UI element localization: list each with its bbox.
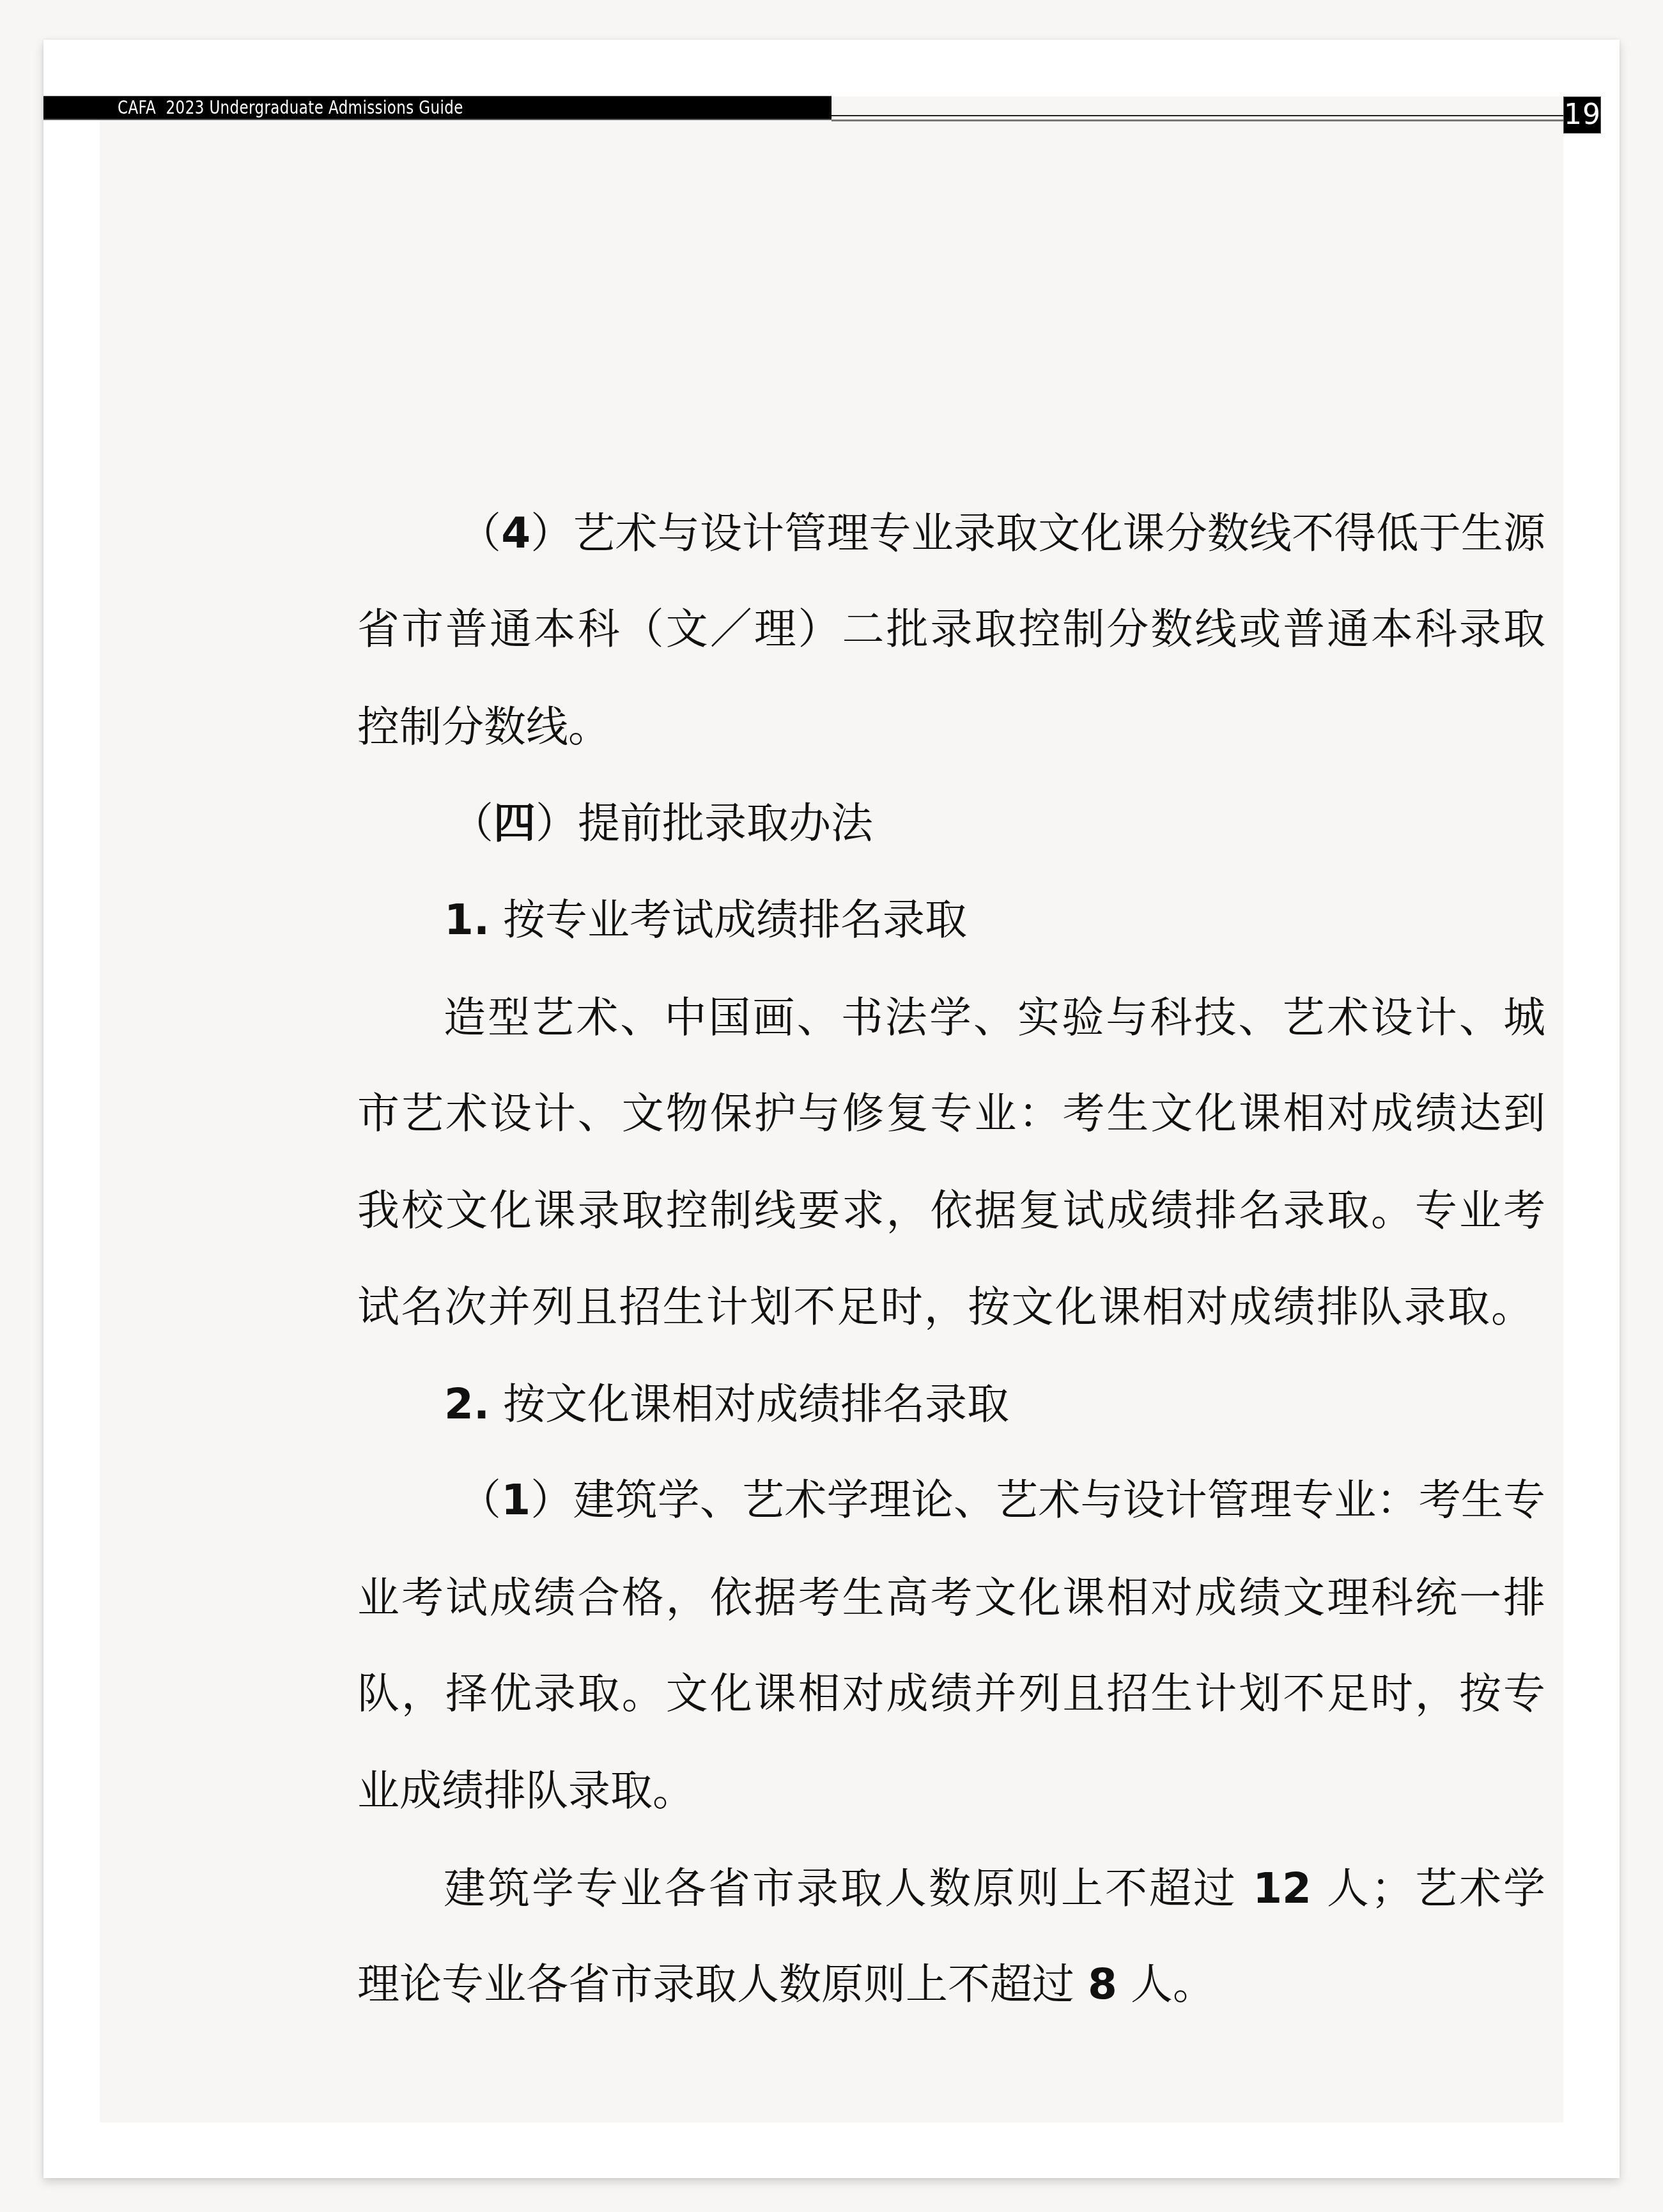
quota-number: 12 [1253, 1864, 1311, 1913]
paragraph-line: 市艺术设计、文物保护与修复专业：考生文化课相对成绩达到 [357, 1088, 1545, 1139]
paragraph-line: 队，择优录取。文化课相对成绩并列且招生计划不足时，按专 [357, 1668, 1545, 1719]
text-fragment: 按文化课相对成绩排名录取 [490, 1379, 1009, 1429]
item-number: 1. [444, 895, 490, 944]
quota-number: 8 [1088, 1960, 1117, 2009]
text-fragment: 人。 [1117, 1960, 1215, 2009]
paragraph-line: 业考试成绩合格，依据考生高考文化课相对成绩文理科统一排 [357, 1572, 1545, 1624]
item-number: 1 [501, 1475, 530, 1525]
text-fragment: （ [451, 799, 493, 848]
paragraph-line: 试名次并列且招生计划不足时，按文化课相对成绩排队录取。 [357, 1282, 1533, 1333]
header-title: CAFA 2023 Undergraduate Admissions Guide [118, 96, 463, 120]
text-fragment: 按专业考试成绩排名录取 [490, 895, 967, 944]
subsection-heading: 2. 按文化课相对成绩排名录取 [444, 1379, 1009, 1430]
item-number: 4 [501, 509, 530, 558]
text-fragment: 人；艺术学 [1311, 1864, 1545, 1913]
text-fragment: ）建筑学、艺术学理论、艺术与设计管理专业：考生专 [530, 1475, 1545, 1525]
paragraph-line: 我校文化课录取控制线要求，依据复试成绩排名录取。专业考 [357, 1185, 1545, 1236]
paragraph-line: 业成绩排队录取。 [357, 1765, 695, 1816]
text-fragment: ）艺术与设计管理专业录取文化课分数线不得低于生源 [530, 509, 1545, 558]
paragraph-line: 理论专业各省市录取人数原则上不超过 8 人。 [357, 1959, 1215, 2010]
header-rule-thin [832, 115, 1563, 116]
text-fragment: 建筑学专业各省市录取人数原则上不超过 [444, 1864, 1253, 1913]
paragraph-line: 省市普通本科（文／理）二批录取控制分数线或普通本科录取 [357, 604, 1545, 655]
paragraph-line: （4）艺术与设计管理专业录取文化课分数线不得低于生源 [459, 508, 1545, 559]
paragraph-line: 控制分数线。 [357, 702, 610, 753]
item-number: 2. [444, 1379, 490, 1429]
header-rule-thick [832, 119, 1563, 121]
paragraph-line: （1）建筑学、艺术学理论、艺术与设计管理专业：考生专 [459, 1475, 1545, 1526]
text-fragment: （ [459, 1475, 501, 1525]
subsection-heading: 1. 按专业考试成绩排名录取 [444, 895, 967, 946]
section-heading: （四）提前批录取办法 [451, 797, 873, 849]
text-fragment: 理论专业各省市录取人数原则上不超过 [357, 1960, 1088, 2009]
paragraph-line: 建筑学专业各省市录取人数原则上不超过 12 人；艺术学 [444, 1863, 1545, 1914]
text-fragment: （ [459, 509, 501, 558]
paragraph-line: 造型艺术、中国画、书法学、实验与科技、艺术设计、城 [444, 992, 1545, 1043]
page-number: 19 [1563, 96, 1601, 134]
section-number: 四 [493, 798, 536, 848]
text-fragment: ）提前批录取办法 [536, 799, 873, 848]
